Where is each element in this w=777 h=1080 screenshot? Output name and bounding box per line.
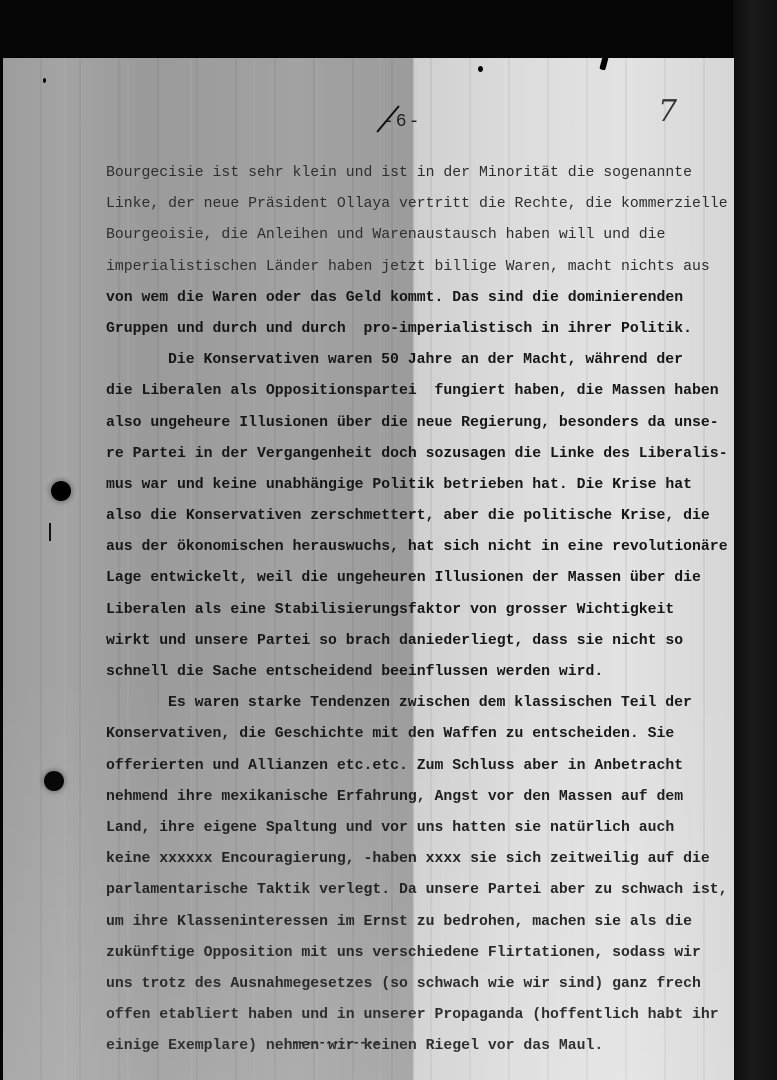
text-line: zukünftige Opposition mit uns verschiede… (106, 938, 731, 969)
text-line: Lage entwickelt, weil die ungeheuren Ill… (106, 563, 731, 594)
text-line: nehmend ihre mexikanische Erfahrung, Ang… (106, 782, 731, 813)
closing-divider: ------------- (291, 1035, 379, 1050)
text-line: re Partei in der Vergangenheit doch sozu… (106, 439, 731, 470)
text-line: schnell die Sache entscheidend beeinflus… (106, 657, 731, 688)
text-line: Linke, der neue Präsident Ollaya vertrit… (106, 189, 731, 220)
text-line: aus der ökonomischen herauswuchs, hat si… (106, 532, 731, 563)
text-line: also die Konservativen zerschmettert, ab… (106, 501, 731, 532)
document-page: -6- 7 Bourgecisie ist sehr klein und ist… (3, 58, 734, 1080)
text-line: offen etabliert haben und in unserer Pro… (106, 1000, 731, 1031)
text-line: Konservativen, die Geschichte mit den Wa… (106, 719, 731, 750)
text-line: Es waren starke Tendenzen zwischen dem k… (106, 688, 731, 719)
text-line: uns trotz des Ausnahmegesetzes (so schwa… (106, 969, 731, 1000)
scan-background-edge (733, 0, 777, 1080)
scanned-document: -6- 7 Bourgecisie ist sehr klein und ist… (0, 0, 777, 1080)
text-line: keine xxxxxx Encouragierung, -haben xxxx… (106, 844, 731, 875)
text-line: imperialistischen Länder haben jetzt bil… (106, 252, 731, 283)
typed-page-number: -6- (383, 112, 421, 132)
text-line: die Liberalen als Oppositionspartei fung… (106, 376, 731, 407)
binder-hole-icon (51, 481, 71, 501)
text-line: Gruppen und durch und durch pro-imperial… (106, 314, 731, 345)
scan-speck (478, 66, 483, 72)
text-line: wirkt und unsere Partei so brach daniede… (106, 626, 731, 657)
text-line: um ihre Klasseninteressen im Ernst zu be… (106, 907, 731, 938)
text-line: Die Konservativen waren 50 Jahre an der … (106, 345, 731, 376)
text-line: offerierten und Allianzen etc.etc. Zum S… (106, 751, 731, 782)
text-line: also ungeheure Illusionen über die neue … (106, 408, 731, 439)
text-line: von wem die Waren oder das Geld kommt. D… (106, 283, 731, 314)
binder-hole-icon (44, 771, 64, 791)
text-line: Land, ihre eigene Spaltung und vor uns h… (106, 813, 731, 844)
typewritten-body: Bourgecisie ist sehr klein und ist in de… (106, 158, 731, 1062)
text-line: einige Exemplare) nehmen wir keinen Rieg… (106, 1031, 731, 1062)
scan-speck (43, 78, 46, 83)
text-line: Bourgeoisie, die Anleihen und Warenausta… (106, 220, 731, 251)
handwritten-page-number: 7 (658, 94, 677, 129)
text-line: parlamentarische Taktik verlegt. Da unse… (106, 875, 731, 906)
text-line: mus war und keine unabhängige Politik be… (106, 470, 731, 501)
text-line: Liberalen als eine Stabilisierungsfaktor… (106, 595, 731, 626)
scan-speck (599, 58, 608, 71)
margin-mark (49, 523, 51, 541)
text-line: Bourgecisie ist sehr klein und ist in de… (106, 158, 731, 189)
